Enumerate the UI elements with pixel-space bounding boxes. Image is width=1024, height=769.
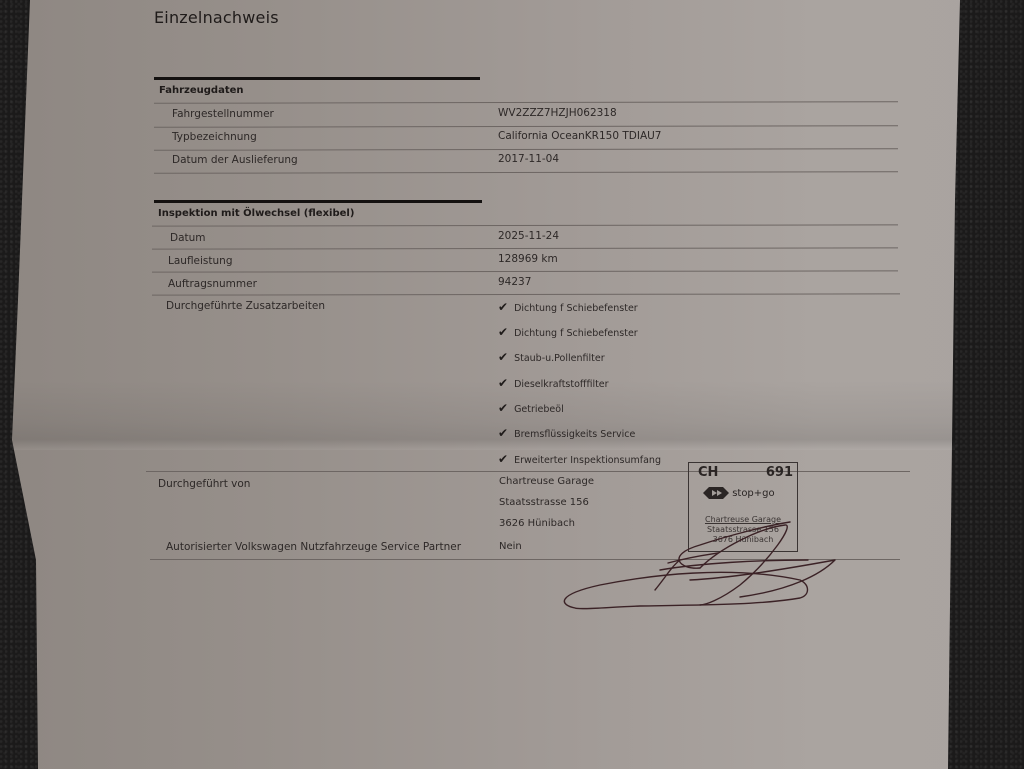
- label-order-number: Auftragsnummer: [168, 278, 257, 290]
- label-authorized-partner: Autorisierter Volkswagen Nutzfahrzeuge S…: [166, 541, 461, 553]
- value-garage-city: 3626 Hünibach: [499, 518, 575, 529]
- row-divider: [152, 270, 898, 272]
- value-inspection-date: 2025-11-24: [498, 230, 559, 242]
- work-item: ✔Dieselkraftstofffilter: [498, 376, 609, 390]
- section-heading-vehicle: Fahrzeugdaten: [159, 85, 244, 96]
- value-delivery-date: 2017-11-04: [498, 153, 559, 165]
- value-authorized-partner: Nein: [499, 541, 522, 552]
- stamp-country: CH: [698, 465, 718, 480]
- work-item: ✔Bremsflüssigkeits Service: [498, 426, 635, 440]
- work-item: ✔Dichtung f Schiebefenster: [498, 325, 638, 339]
- row-divider: [154, 171, 898, 174]
- checkmark-icon: ✔: [498, 325, 508, 339]
- section-heading-inspection: Inspektion mit Ölwechsel (flexibel): [158, 208, 354, 219]
- stamp-brand: stop+go: [732, 488, 774, 499]
- work-item: ✔Dichtung f Schiebefenster: [498, 300, 638, 314]
- stamp-logo: stop+go: [703, 487, 775, 499]
- row-divider: [150, 559, 900, 560]
- label-delivery-date: Datum der Auslieferung: [172, 154, 298, 166]
- work-item: ✔Erweiterter Inspektionsumfang: [498, 452, 661, 466]
- value-garage-street: Staatsstrasse 156: [499, 497, 589, 508]
- garage-stamp: CH 691 stop+go Chartreuse Garage Staatss…: [688, 462, 798, 552]
- checkmark-icon: ✔: [498, 350, 508, 364]
- row-divider: [152, 224, 898, 226]
- checkmark-icon: ✔: [498, 376, 508, 390]
- stamp-address: Chartreuse Garage Staatsstrasse 156 3676…: [689, 515, 797, 545]
- stop-go-logo-icon: [703, 487, 729, 499]
- value-order-number: 94237: [498, 276, 531, 288]
- label-type: Typbezeichnung: [172, 131, 257, 143]
- row-divider: [154, 125, 898, 128]
- row-divider: [152, 247, 898, 249]
- row-divider: [154, 101, 898, 104]
- label-additional-work: Durchgeführte Zusatzarbeiten: [166, 300, 325, 312]
- label-inspection-date: Datum: [170, 232, 206, 244]
- section-divider: [154, 77, 480, 80]
- work-item: ✔Staub-u.Pollenfilter: [498, 350, 605, 364]
- value-vin: WV2ZZZ7HZJH062318: [498, 107, 617, 119]
- value-type: California OceanKR150 TDIAU7: [498, 130, 662, 142]
- checkmark-icon: ✔: [498, 452, 508, 466]
- label-performed-by: Durchgeführt von: [158, 478, 250, 490]
- label-vin: Fahrgestellnummer: [172, 108, 274, 120]
- checkmark-icon: ✔: [498, 426, 508, 440]
- row-divider: [154, 148, 898, 151]
- page-title: Einzelnachweis: [154, 8, 279, 27]
- document: Einzelnachweis Fahrzeugdaten Fahrgestell…: [0, 0, 1024, 769]
- stamp-number: 691: [766, 465, 793, 480]
- label-mileage: Laufleistung: [168, 255, 233, 267]
- checkmark-icon: ✔: [498, 401, 508, 415]
- checkmark-icon: ✔: [498, 300, 508, 314]
- value-mileage: 128969 km: [498, 253, 558, 265]
- value-garage-name: Chartreuse Garage: [499, 476, 594, 487]
- row-divider: [152, 293, 900, 295]
- work-item: ✔Getriebeöl: [498, 401, 564, 415]
- section-divider: [154, 200, 482, 203]
